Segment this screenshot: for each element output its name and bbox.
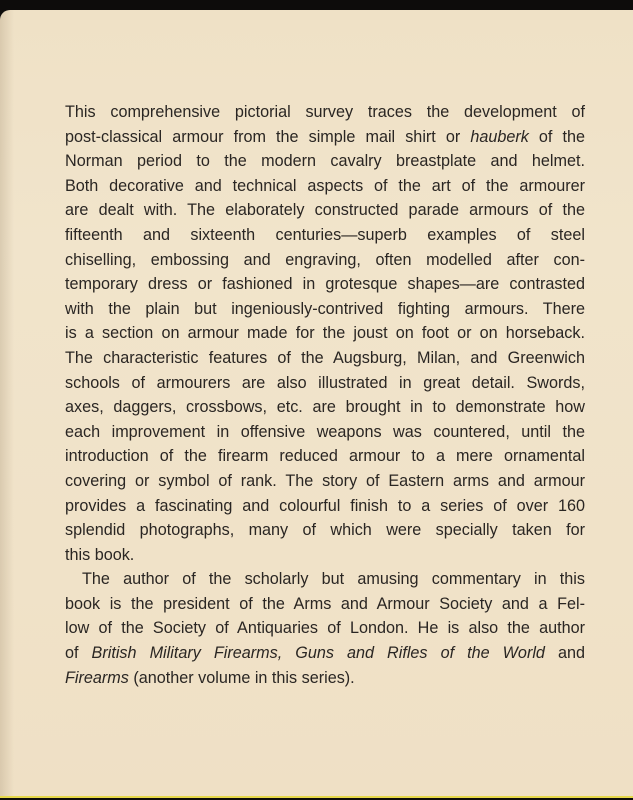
text-line: of British Military Firearms, Guns and R… — [65, 641, 585, 666]
text-line: schools of armourers are also illustrate… — [65, 371, 585, 396]
italic-book-title-firearms: Firearms — [65, 669, 129, 687]
text-line: book is the president of the Arms and Ar… — [65, 592, 585, 617]
text-line: Firearms (another volume in this series)… — [65, 666, 585, 691]
text-line: chiselling, embossing and engraving, oft… — [65, 248, 585, 273]
scanned-page: This comprehensive pictorial survey trac… — [0, 0, 633, 800]
text-line: introduction of the firearm reduced armo… — [65, 444, 585, 469]
jacket-flap-page: This comprehensive pictorial survey trac… — [0, 10, 633, 798]
text-line: The author of the scholarly but amusing … — [65, 567, 585, 592]
text-line: with the plain but ingeniously-contrived… — [65, 297, 585, 322]
text-run: of — [65, 644, 92, 662]
italic-book-titles: British Military Firearms, Guns and Rifl… — [92, 644, 545, 662]
blurb-text: This comprehensive pictorial survey trac… — [65, 100, 585, 690]
text-run: and — [545, 644, 585, 662]
text-run: (another volume in this series). — [129, 669, 355, 687]
text-run: post-classical armour from the simple ma… — [65, 128, 470, 146]
page-bottom-edge — [0, 796, 633, 798]
text-line: axes, daggers, crossbows, etc. are broug… — [65, 395, 585, 420]
text-line: provides a fascinating and colourful fin… — [65, 494, 585, 519]
text-line: post-classical armour from the simple ma… — [65, 125, 585, 150]
text-line: Norman period to the modern cavalry brea… — [65, 149, 585, 174]
text-line: splendid photographs, many of which were… — [65, 518, 585, 543]
text-line: low of the Society of Antiquaries of Lon… — [65, 616, 585, 641]
text-line: temporary dress or fashioned in grotesqu… — [65, 272, 585, 297]
text-run: of the — [529, 128, 585, 146]
text-line: The characteristic features of the Augsb… — [65, 346, 585, 371]
text-line: This comprehensive pictorial survey trac… — [65, 100, 585, 125]
paragraph-description: This comprehensive pictorial survey trac… — [65, 100, 585, 567]
text-line: covering or symbol of rank. The story of… — [65, 469, 585, 494]
text-line: fifteenth and sixteenth centuries—superb… — [65, 223, 585, 248]
text-line: is a section on armour made for the jous… — [65, 321, 585, 346]
text-line: each improvement in offensive weapons wa… — [65, 420, 585, 445]
text-line: Both decorative and technical aspects of… — [65, 174, 585, 199]
italic-term-hauberk: hauberk — [470, 128, 529, 146]
paragraph-author: The author of the scholarly but amusing … — [65, 567, 585, 690]
text-line: this book. — [65, 543, 585, 568]
text-line: are dealt with. The elaborately construc… — [65, 198, 585, 223]
